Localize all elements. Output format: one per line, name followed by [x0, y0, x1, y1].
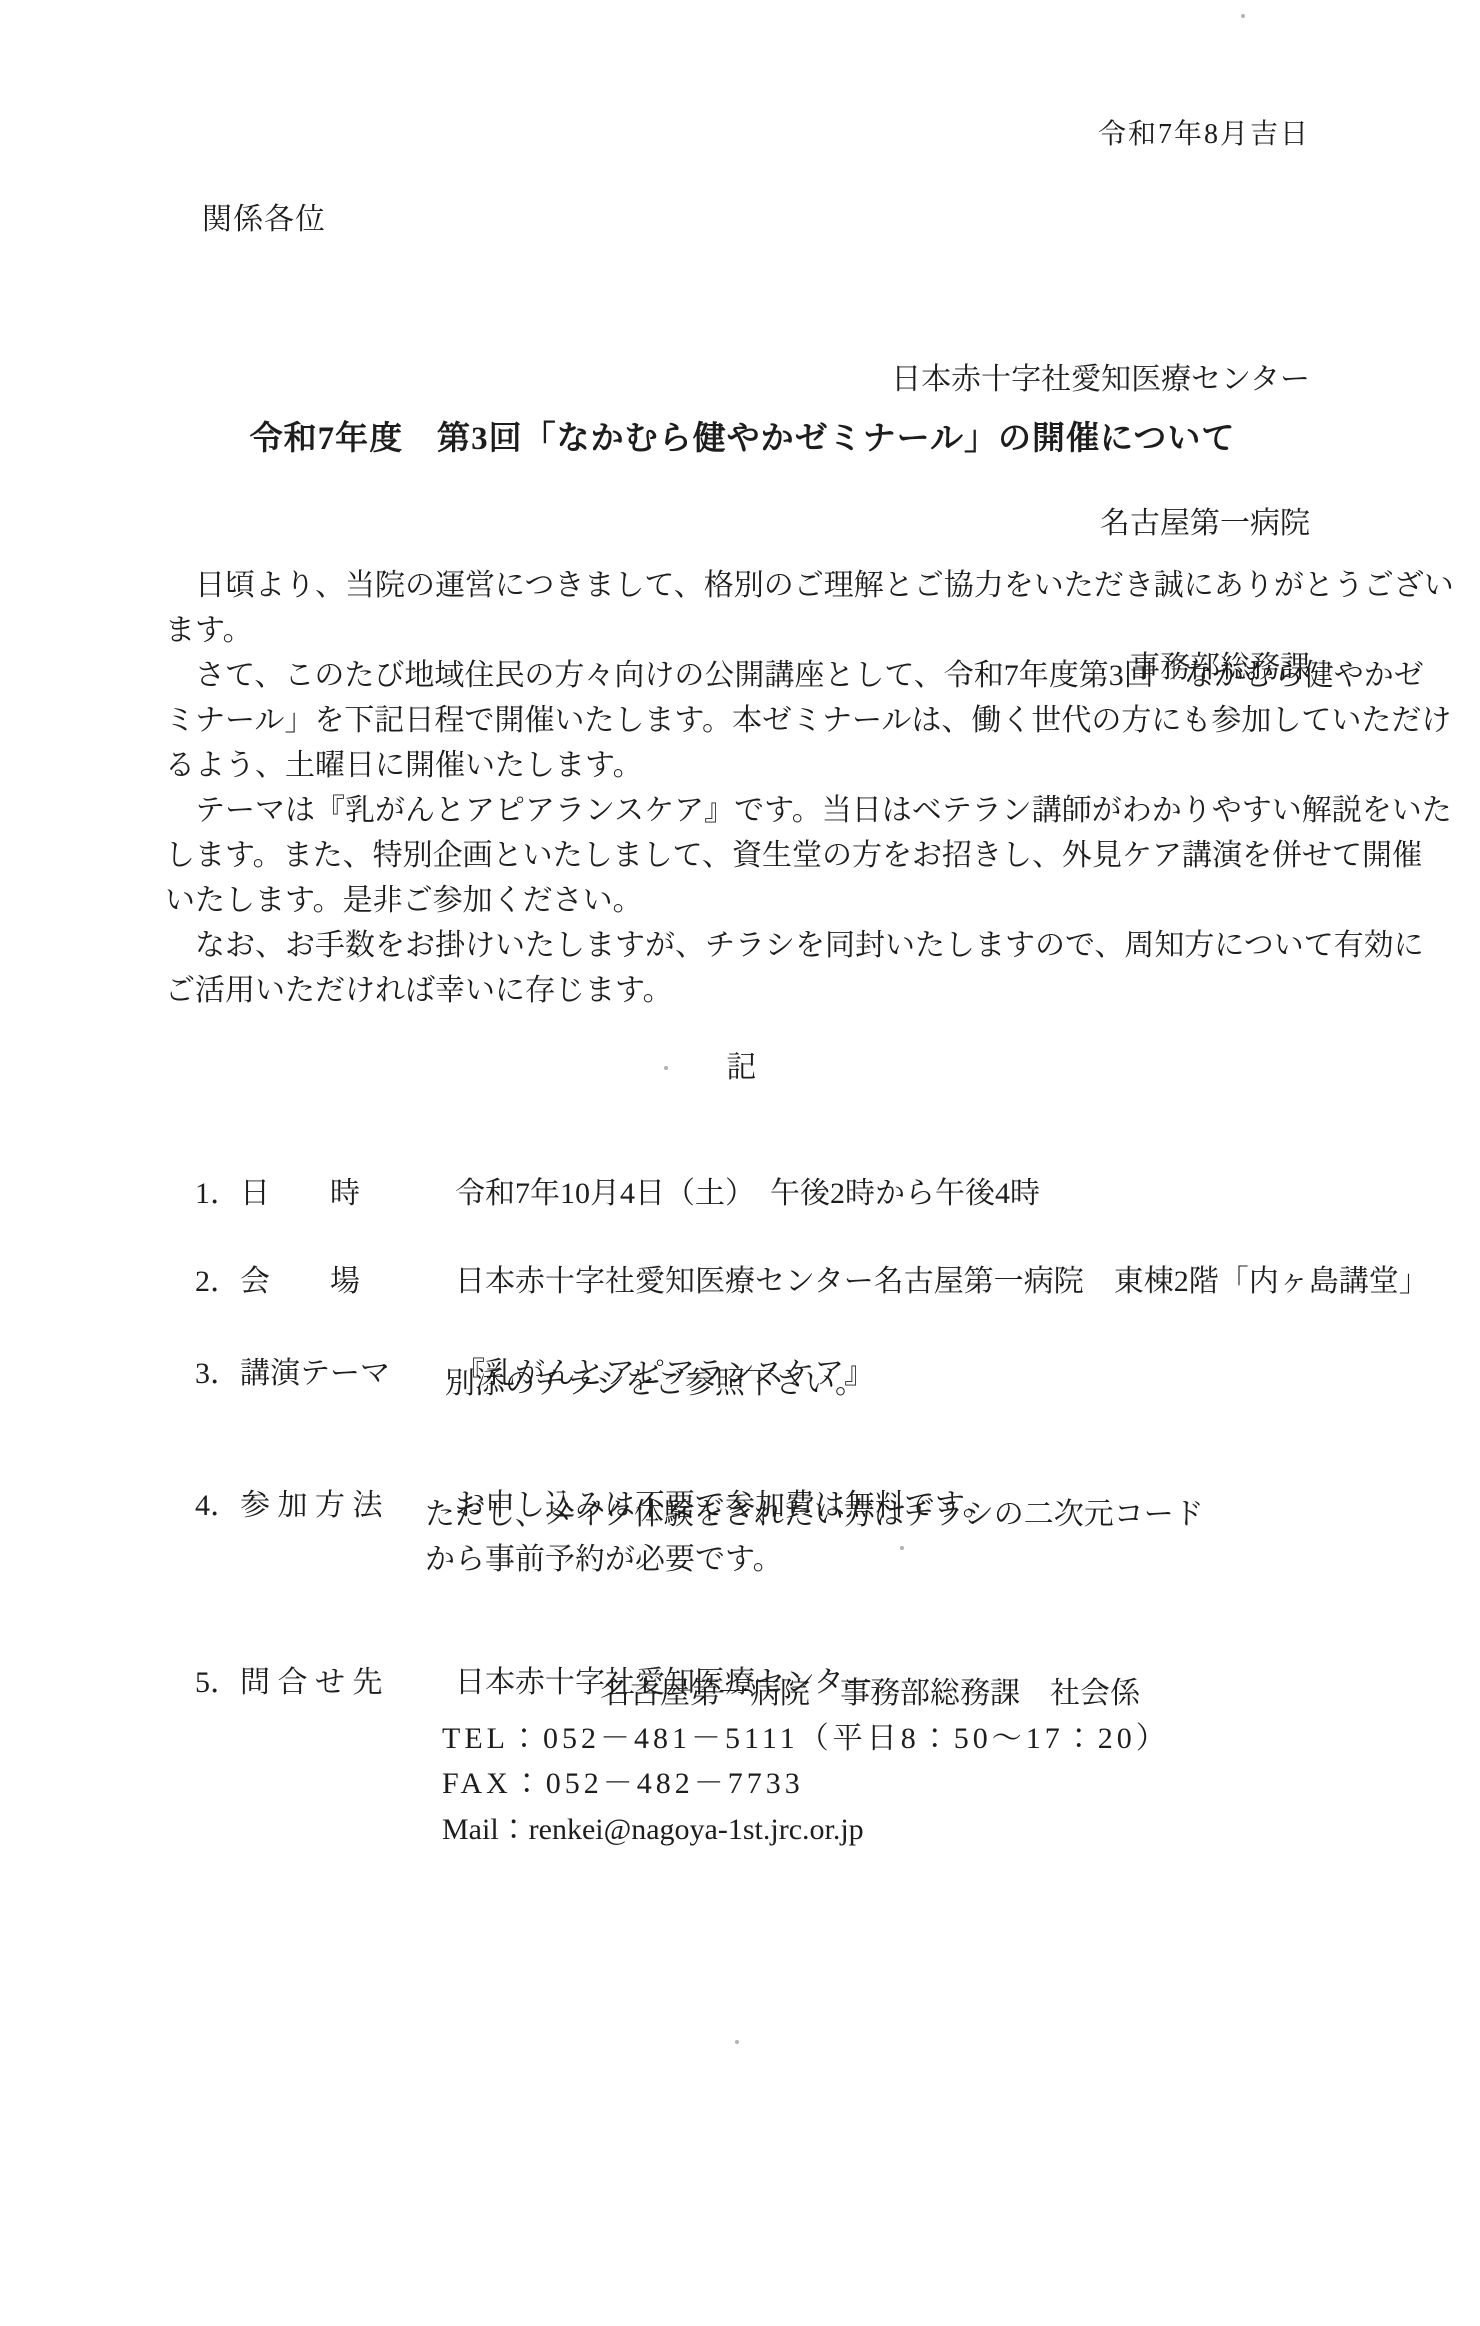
- body-line: るよう、土曜日に開催いたします。: [165, 743, 1340, 788]
- item-datetime-value: 令和7年10月4日（土） 午後2時から午後4時: [455, 1177, 1040, 1210]
- issue-date: 令和7年8月吉日: [1098, 118, 1310, 152]
- item-theme-note: 別添のチラシをご参照下さい。: [445, 1366, 865, 1402]
- body-line: ご活用いただければ幸いに存じます。: [165, 968, 1340, 1013]
- item-datetime-label: 1．日 時: [195, 1176, 455, 1212]
- scan-speck: [1241, 14, 1245, 18]
- page-title: 令和7年度 第3回「なかむら健やかゼミナール」の開催について: [165, 420, 1320, 460]
- sender-organization: 日本赤十字社愛知医療センター: [891, 356, 1310, 404]
- item-contact-department: 名古屋第一病院 事務部総務課 社会係: [600, 1676, 1140, 1712]
- contact-mail: Mail：renkei@nagoya-1st.jrc.or.jp: [442, 1812, 864, 1848]
- scan-speck: [735, 2040, 739, 2044]
- item-participation-line3: から事前予約が必要です。: [425, 1542, 783, 1578]
- recipient-line: 関係各位: [202, 202, 326, 238]
- body-paragraphs: 日頃より、当院の運営につきまして、格別のご理解とご協力をいただき誠にありがとうご…: [165, 563, 1340, 1013]
- item-venue-value: 日本赤十字社愛知医療センター名古屋第一病院 東棟2階「内ヶ島講堂」: [455, 1265, 1429, 1298]
- sender-hospital: 名古屋第一病院: [891, 500, 1310, 548]
- body-line: します。また、特別企画といたしまして、資生堂の方をお招きし、外見ケア講演を併せて…: [165, 833, 1340, 878]
- scan-speck: [664, 1066, 668, 1070]
- contact-fax: FAX：052－482－7733: [442, 1766, 804, 1802]
- contact-tel: TEL：052－481－5111（平日8：50～17：20）: [442, 1721, 1170, 1757]
- body-line: テーマは『乳がんとアピアランスケア』です。当日はベテラン講師がわかりやすい解説を…: [165, 788, 1340, 833]
- body-line: ます。: [165, 608, 1340, 653]
- body-line: いたします。是非ご参加ください。: [165, 878, 1340, 923]
- scan-speck: [900, 1546, 904, 1550]
- item-venue-label: 2．会 場: [195, 1264, 455, 1300]
- scanned-letter-page: 令和7年8月吉日 関係各位 日本赤十字社愛知医療センター 名古屋第一病院 事務部…: [0, 0, 1480, 2326]
- item-participation-label: 4．参 加 方 法: [195, 1488, 455, 1524]
- body-line: 日頃より、当院の運営につきまして、格別のご理解とご協力をいただき誠にありがとうご…: [165, 563, 1340, 608]
- item-participation-line2: ただし、メイク体験をされたい方はチラシの二次元コード: [425, 1497, 1204, 1533]
- body-line: ミナール」を下記日程で開催いたします。本ゼミナールは、働く世代の方にも参加してい…: [165, 698, 1340, 743]
- body-line: さて、このたび地域住民の方々向けの公開講座として、令和7年度第3回「なかむら健や…: [165, 653, 1340, 698]
- item-contact-label: 5．問 合 せ 先: [195, 1665, 455, 1701]
- body-line: なお、お手数をお掛けいたしますが、チラシを同封いたしますので、周知方について有効…: [165, 923, 1340, 968]
- notice-marker: 記: [165, 1050, 1320, 1086]
- item-theme-label: 3．講演テーマ: [195, 1356, 455, 1392]
